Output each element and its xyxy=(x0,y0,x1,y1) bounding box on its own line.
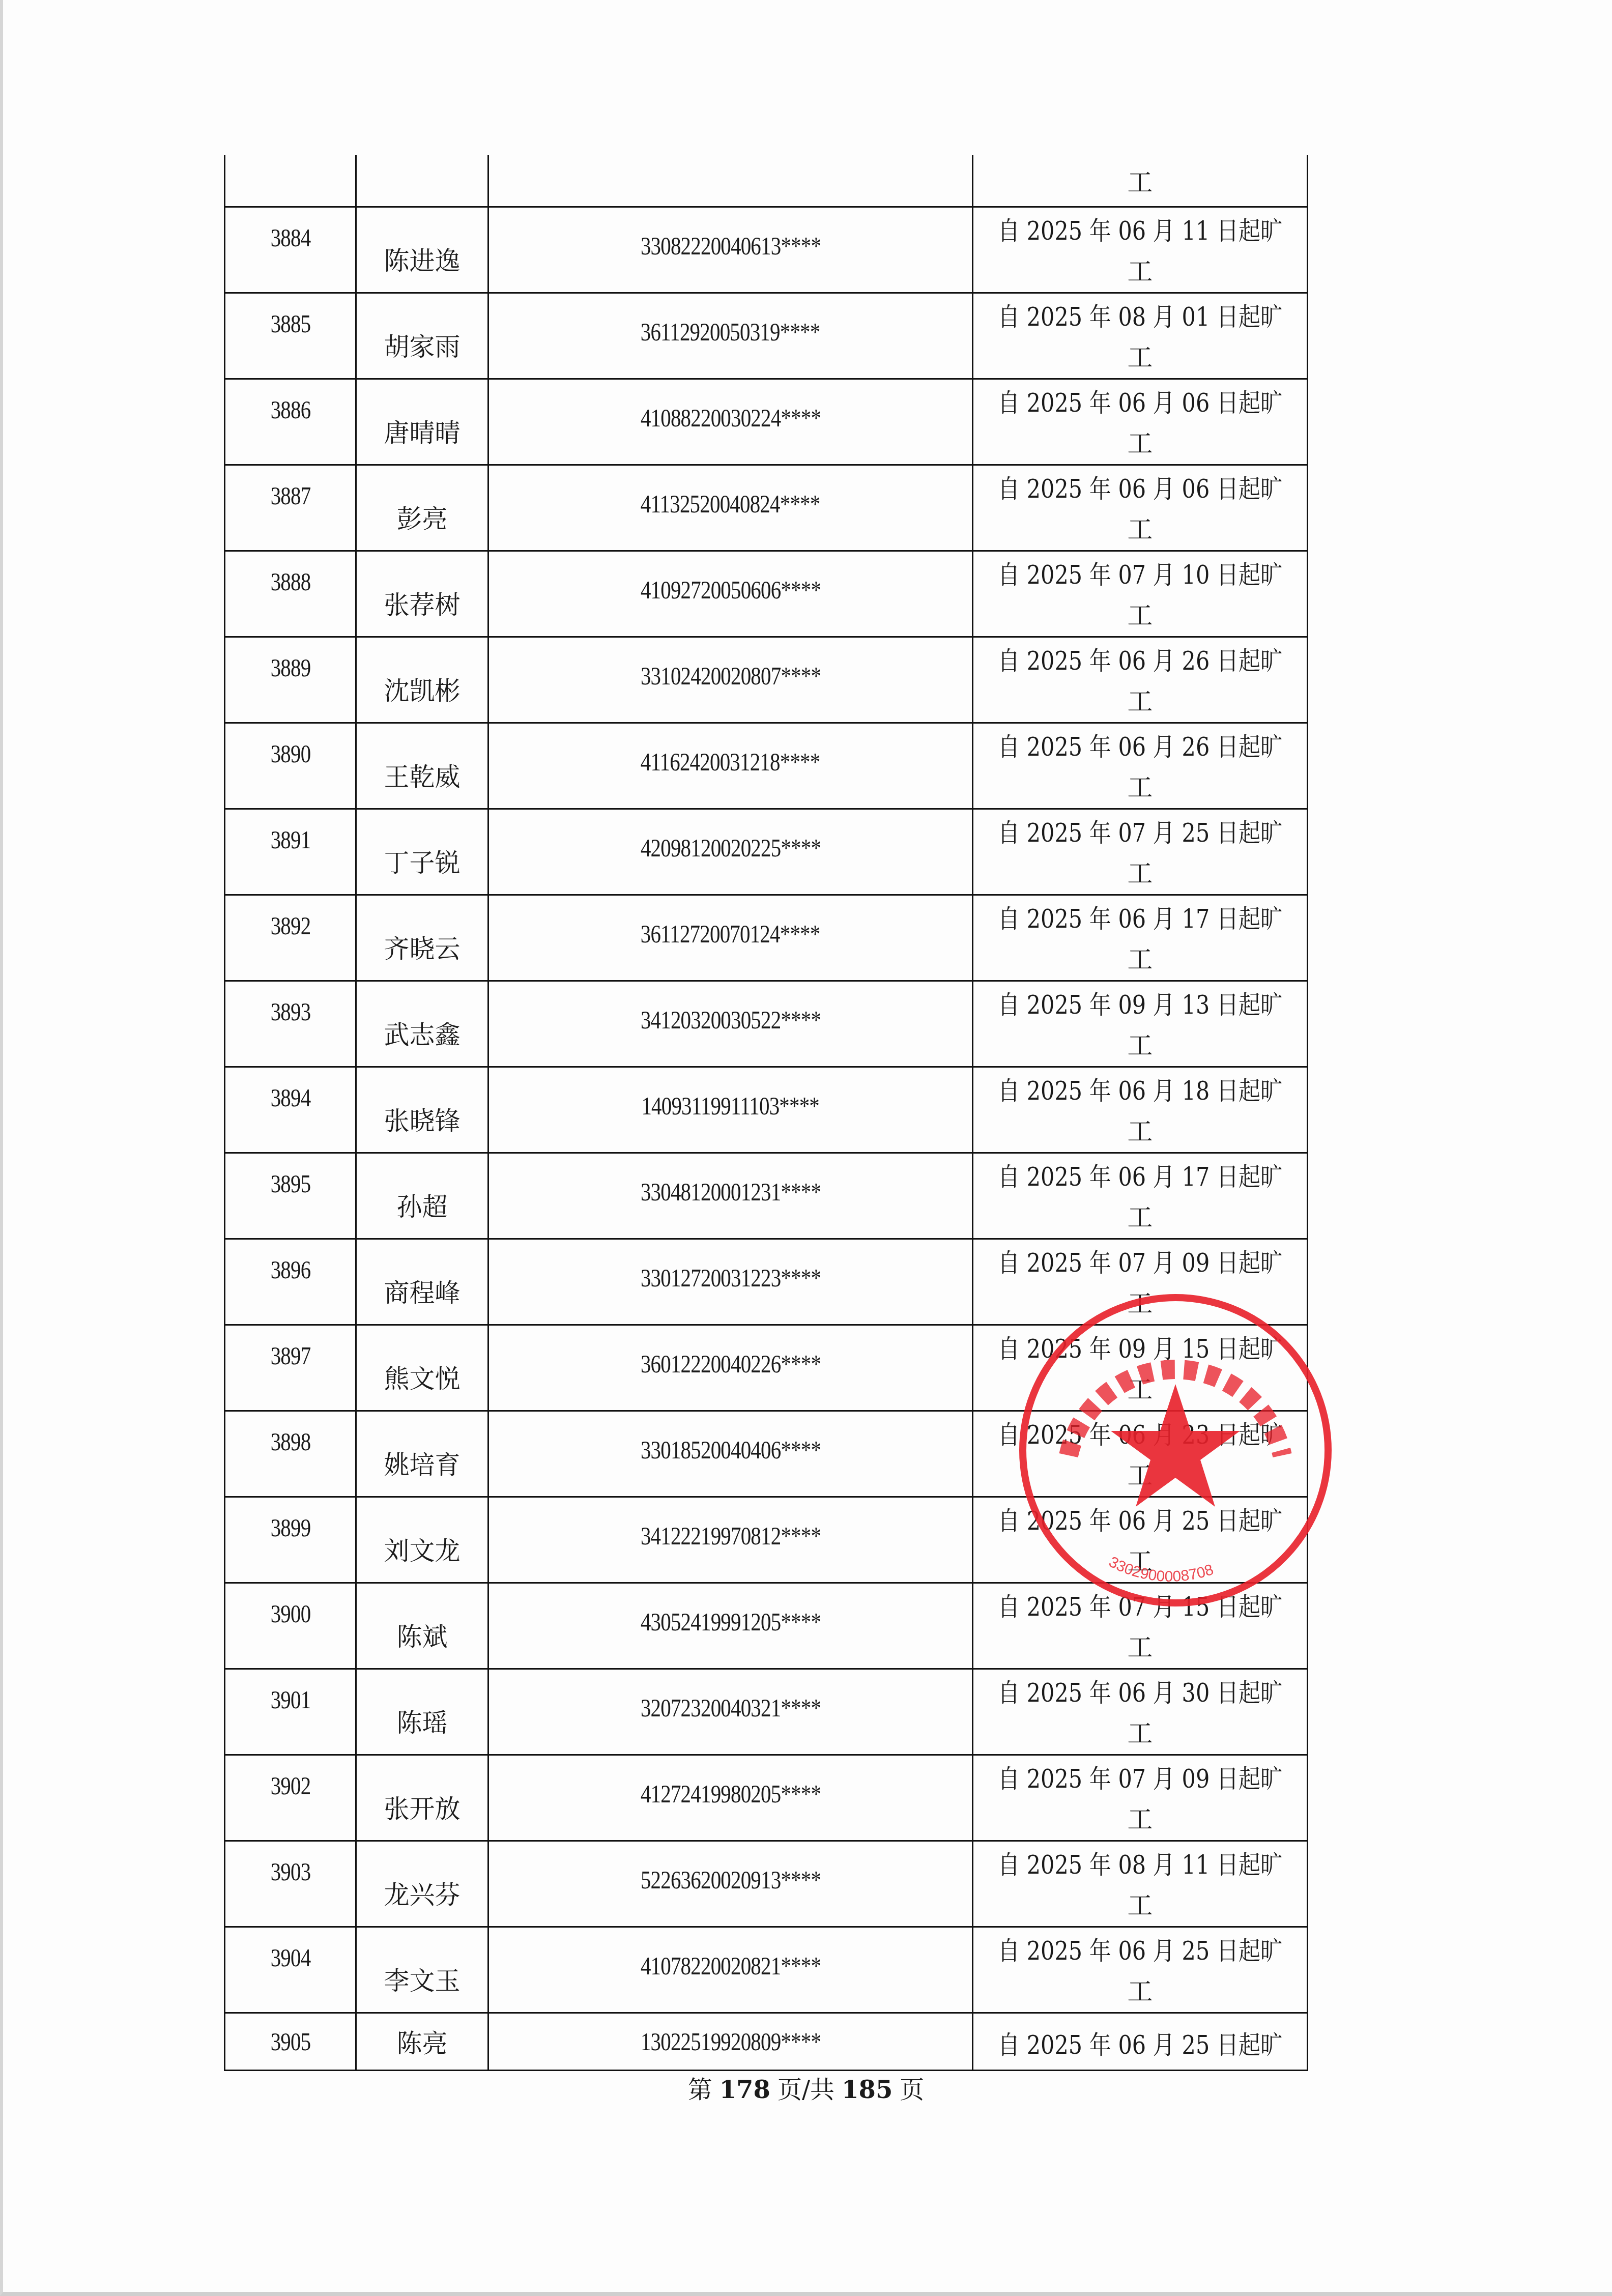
table-row: 3890 王乾威 41162420031218**** 自 2025 年 06 … xyxy=(225,723,1308,809)
cell-name: 熊文悦 xyxy=(356,1325,488,1411)
cell-no: 3904 xyxy=(225,1927,356,2013)
table-row: 3902 张开放 41272419980205**** 自 2025 年 07 … xyxy=(225,1755,1308,1841)
cell-status: 自 2025 年 06 月 23 日起旷 工 xyxy=(973,1411,1308,1497)
cell-name: 沈凯彬 xyxy=(356,637,488,723)
id-number: 33048120001231**** xyxy=(640,1177,820,1207)
row-number: 3898 xyxy=(270,1427,310,1456)
status-line-1: 自 2025 年 07 月 15 日起旷 xyxy=(997,1587,1283,1623)
status-line-1: 自 2025 年 06 月 23 日起旷 xyxy=(997,1415,1283,1451)
person-name: 齐晓云 xyxy=(384,929,460,965)
status-line-2: 工 xyxy=(973,595,1307,632)
table-row: 3898 姚培育 33018520040406**** 自 2025 年 06 … xyxy=(225,1411,1308,1497)
row-number: 3893 xyxy=(270,997,310,1026)
row-number: 3902 xyxy=(270,1771,310,1800)
status-line-2: 工 xyxy=(973,853,1307,890)
status-line-2: 工 xyxy=(973,1971,1307,2008)
cell-name xyxy=(356,155,488,207)
table-row: 3900 陈斌 43052419991205**** 自 2025 年 07 月… xyxy=(225,1583,1308,1669)
cell-name: 姚培育 xyxy=(356,1411,488,1497)
row-number: 3899 xyxy=(270,1513,310,1542)
row-number: 3894 xyxy=(270,1083,310,1112)
row-number: 3886 xyxy=(270,395,310,424)
id-number: 36112920050319**** xyxy=(641,317,820,347)
status-line-2: 工 xyxy=(973,1885,1307,1922)
person-name: 陈瑶 xyxy=(397,1703,448,1739)
cell-no: 3894 xyxy=(225,1067,356,1153)
status-line-1: 自 2025 年 07 月 09 日起旷 xyxy=(997,1243,1283,1279)
cell-name: 武志鑫 xyxy=(356,981,488,1067)
person-name: 陈斌 xyxy=(397,1617,448,1653)
cell-name: 彭亮 xyxy=(356,465,488,551)
person-name: 熊文悦 xyxy=(384,1359,460,1395)
continuation-row: 工 xyxy=(225,155,1308,207)
id-number: 52263620020913**** xyxy=(640,1865,820,1895)
status-line-1: 自 2025 年 06 月 06 日起旷 xyxy=(997,383,1283,419)
cell-name: 陈亮 xyxy=(356,2013,488,2071)
cell-name: 唐晴晴 xyxy=(356,379,488,465)
status-line-1: 自 2025 年 07 月 09 日起旷 xyxy=(997,1759,1283,1795)
status-line-2: 工 xyxy=(973,1025,1307,1062)
row-number: 3905 xyxy=(270,2027,310,2056)
status-line-1: 自 2025 年 06 月 11 日起旷 xyxy=(997,211,1283,247)
cell-name: 丁子锐 xyxy=(356,809,488,895)
row-number: 3890 xyxy=(270,739,310,768)
status-line-2: 工 xyxy=(973,337,1307,374)
status-line-1: 自 2025 年 06 月 06 日起旷 xyxy=(997,469,1283,505)
cell-status: 自 2025 年 06 月 25 日起旷 工 xyxy=(973,1927,1308,2013)
person-name: 陈进逸 xyxy=(384,241,460,277)
status-line-2: 工 xyxy=(973,1713,1307,1750)
cell-status: 自 2025 年 06 月 06 日起旷 工 xyxy=(973,379,1308,465)
cell-id: 34122219970812**** xyxy=(488,1497,973,1583)
cell-status: 自 2025 年 06 月 11 日起旷 工 xyxy=(973,207,1308,293)
total-pages: 185 xyxy=(842,2076,893,2104)
row-number: 3884 xyxy=(270,223,310,252)
cell-status: 自 2025 年 06 月 17 日起旷 工 xyxy=(973,895,1308,981)
page-footer: 第178页/共185页 xyxy=(0,2070,1612,2105)
row-number: 3900 xyxy=(270,1599,310,1628)
id-number: 36112720070124**** xyxy=(641,919,820,949)
cell-no: 3901 xyxy=(225,1669,356,1755)
row-number: 3887 xyxy=(270,481,310,510)
cell-no: 3891 xyxy=(225,809,356,895)
cell-id: 41132520040824**** xyxy=(488,465,973,551)
footer-middle: 页/共 xyxy=(778,2076,834,2104)
cell-name: 陈进逸 xyxy=(356,207,488,293)
cell-id: 14093119911103**** xyxy=(488,1067,973,1153)
cell-status: 自 2025 年 08 月 01 日起旷 工 xyxy=(973,293,1308,379)
cell-name: 张开放 xyxy=(356,1755,488,1841)
cell-status: 自 2025 年 07 月 25 日起旷 工 xyxy=(973,809,1308,895)
table-row: 3904 李文玉 41078220020821**** 自 2025 年 06 … xyxy=(225,1927,1308,2013)
cell-no: 3905 xyxy=(225,2013,356,2071)
person-name: 丁子锐 xyxy=(384,843,460,879)
cell-id: 41078220020821**** xyxy=(488,1927,973,2013)
row-number: 3903 xyxy=(270,1857,310,1886)
table-row: 3884 陈进逸 33082220040613**** 自 2025 年 06 … xyxy=(225,207,1308,293)
table-row: 3893 武志鑫 34120320030522**** 自 2025 年 09 … xyxy=(225,981,1308,1067)
table-row: 3905 陈亮 13022519920809**** 自 2025 年 06 月… xyxy=(225,2013,1308,2071)
person-name: 姚培育 xyxy=(384,1445,460,1481)
status-line-2: 工 xyxy=(973,1369,1307,1406)
status-line-1: 自 2025 年 06 月 25 日起旷 xyxy=(997,1501,1283,1537)
cell-no: 3898 xyxy=(225,1411,356,1497)
cell-id: 36012220040226**** xyxy=(488,1325,973,1411)
cell-name: 孙超 xyxy=(356,1153,488,1239)
status-line-1: 自 2025 年 07 月 25 日起旷 xyxy=(997,813,1283,849)
table-row: 3886 唐晴晴 41088220030224**** 自 2025 年 06 … xyxy=(225,379,1308,465)
person-name: 王乾威 xyxy=(384,757,460,793)
cell-name: 陈瑶 xyxy=(356,1669,488,1755)
status-line-2: 工 xyxy=(973,1283,1307,1320)
cell-no: 3885 xyxy=(225,293,356,379)
status-line-2: 工 xyxy=(973,251,1307,288)
id-number: 42098120020225**** xyxy=(640,833,820,863)
table-row: 3889 沈凯彬 33102420020807**** 自 2025 年 06 … xyxy=(225,637,1308,723)
cell-no xyxy=(225,155,356,207)
status-line-2: 工 xyxy=(973,681,1307,718)
cell-no: 3884 xyxy=(225,207,356,293)
roster-table: 工 3884 陈进逸 33082220040613**** 自 2025 年 0… xyxy=(224,155,1308,2071)
id-number: 13022519920809**** xyxy=(640,2027,820,2056)
cell-id: 33048120001231**** xyxy=(488,1153,973,1239)
cell-no: 3887 xyxy=(225,465,356,551)
cell-no: 3893 xyxy=(225,981,356,1067)
status-line-2: 工 xyxy=(973,1111,1307,1148)
cell-id: 52263620020913**** xyxy=(488,1841,973,1927)
row-number: 3896 xyxy=(270,1255,310,1284)
cell-status: 自 2025 年 09 月 13 日起旷 工 xyxy=(973,981,1308,1067)
id-number: 34122219970812**** xyxy=(640,1521,820,1551)
cell-status: 自 2025 年 06 月 25 日起旷 工 xyxy=(973,1497,1308,1583)
id-number: 36012220040226**** xyxy=(640,1349,820,1379)
cell-no: 3903 xyxy=(225,1841,356,1927)
status-line-2: 工 xyxy=(973,423,1307,460)
cell-id: 33012720031223**** xyxy=(488,1239,973,1325)
status-line-1: 自 2025 年 06 月 17 日起旷 xyxy=(997,1157,1283,1193)
table-row: 3894 张晓锋 14093119911103**** 自 2025 年 06 … xyxy=(225,1067,1308,1153)
id-number: 43052419991205**** xyxy=(640,1607,820,1637)
cell-id: 33102420020807**** xyxy=(488,637,973,723)
person-name: 张荐树 xyxy=(384,585,460,621)
cell-no: 3902 xyxy=(225,1755,356,1841)
row-number: 3889 xyxy=(270,653,310,682)
table-row: 3895 孙超 33048120001231**** 自 2025 年 06 月… xyxy=(225,1153,1308,1239)
person-name: 武志鑫 xyxy=(384,1015,460,1051)
id-number: 14093119911103**** xyxy=(642,1091,820,1121)
cell-no: 3896 xyxy=(225,1239,356,1325)
person-name: 刘文龙 xyxy=(384,1531,460,1567)
status-line-2: 工 xyxy=(973,1541,1307,1578)
id-number: 41088220030224**** xyxy=(640,403,820,433)
cell-status: 自 2025 年 06 月 26 日起旷 工 xyxy=(973,637,1308,723)
table-row: 3888 张荐树 41092720050606**** 自 2025 年 07 … xyxy=(225,551,1308,637)
status-line-1: 自 2025 年 06 月 25 日起旷 xyxy=(997,1931,1283,1967)
person-name: 李文玉 xyxy=(384,1961,460,1997)
cell-name: 陈斌 xyxy=(356,1583,488,1669)
table-row: 3901 陈瑶 32072320040321**** 自 2025 年 06 月… xyxy=(225,1669,1308,1755)
cell-status: 自 2025 年 07 月 09 日起旷 工 xyxy=(973,1239,1308,1325)
cell-name: 龙兴芬 xyxy=(356,1841,488,1927)
status-line-2: 工 xyxy=(973,1455,1307,1492)
table-row: 3891 丁子锐 42098120020225**** 自 2025 年 07 … xyxy=(225,809,1308,895)
status-line-1: 自 2025 年 09 月 13 日起旷 xyxy=(997,985,1283,1021)
cell-status: 自 2025 年 06 月 30 日起旷 工 xyxy=(973,1669,1308,1755)
id-number: 41162420031218**** xyxy=(641,747,820,777)
cell-name: 李文玉 xyxy=(356,1927,488,2013)
id-number: 41078220020821**** xyxy=(640,1951,820,1981)
row-number: 3897 xyxy=(270,1341,310,1370)
cell-id: 42098120020225**** xyxy=(488,809,973,895)
cell-id: 41162420031218**** xyxy=(488,723,973,809)
cell-name: 张荐树 xyxy=(356,551,488,637)
cell-name: 刘文龙 xyxy=(356,1497,488,1583)
table-row: 3903 龙兴芬 52263620020913**** 自 2025 年 08 … xyxy=(225,1841,1308,1927)
cell-no: 3892 xyxy=(225,895,356,981)
person-name: 沈凯彬 xyxy=(384,671,460,707)
cell-status: 自 2025 年 07 月 15 日起旷 工 xyxy=(973,1583,1308,1669)
cell-no: 3899 xyxy=(225,1497,356,1583)
status-line-2: 工 xyxy=(973,1799,1307,1836)
cell-status: 自 2025 年 06 月 06 日起旷 工 xyxy=(973,465,1308,551)
current-page: 178 xyxy=(719,2076,770,2104)
person-name: 彭亮 xyxy=(397,499,448,535)
person-name: 龙兴芬 xyxy=(384,1875,460,1911)
id-number: 41092720050606**** xyxy=(640,575,820,605)
cell-id: 32072320040321**** xyxy=(488,1669,973,1755)
cell-name: 王乾威 xyxy=(356,723,488,809)
status-line-1: 自 2025 年 07 月 10 日起旷 xyxy=(997,555,1283,591)
status-tail: 工 xyxy=(973,162,1307,199)
status-line-1: 自 2025 年 06 月 17 日起旷 xyxy=(997,899,1283,935)
status-line-1: 自 2025 年 06 月 30 日起旷 xyxy=(997,1673,1283,1709)
cell-id: 36112920050319**** xyxy=(488,293,973,379)
id-number: 33018520040406**** xyxy=(640,1435,820,1465)
cell-name: 张晓锋 xyxy=(356,1067,488,1153)
row-number: 3888 xyxy=(270,567,310,596)
cell-no: 3895 xyxy=(225,1153,356,1239)
status-line-2: 工 xyxy=(973,939,1307,976)
cell-id xyxy=(488,155,973,207)
status-line-2: 工 xyxy=(973,509,1307,546)
cell-name: 商程峰 xyxy=(356,1239,488,1325)
cell-name: 胡家雨 xyxy=(356,293,488,379)
cell-id: 41272419980205**** xyxy=(488,1755,973,1841)
id-number: 33102420020807**** xyxy=(640,661,820,691)
cell-no: 3897 xyxy=(225,1325,356,1411)
table-row: 3887 彭亮 41132520040824**** 自 2025 年 06 月… xyxy=(225,465,1308,551)
table-row: 3892 齐晓云 36112720070124**** 自 2025 年 06 … xyxy=(225,895,1308,981)
row-number: 3891 xyxy=(270,825,310,854)
row-number: 3895 xyxy=(270,1169,310,1198)
cell-id: 33018520040406**** xyxy=(488,1411,973,1497)
cell-status: 自 2025 年 06 月 17 日起旷 工 xyxy=(973,1153,1308,1239)
row-number: 3901 xyxy=(270,1685,310,1714)
person-name: 胡家雨 xyxy=(384,327,460,363)
status-line-1: 自 2025 年 08 月 01 日起旷 xyxy=(997,297,1283,333)
id-number: 33082220040613**** xyxy=(640,231,820,261)
cell-status: 自 2025 年 06 月 26 日起旷 工 xyxy=(973,723,1308,809)
status-line-1: 自 2025 年 06 月 26 日起旷 xyxy=(997,727,1283,763)
person-name: 商程峰 xyxy=(384,1273,460,1309)
cell-id: 34120320030522**** xyxy=(488,981,973,1067)
id-number: 41272419980205**** xyxy=(640,1779,820,1809)
cell-id: 41088220030224**** xyxy=(488,379,973,465)
cell-no: 3886 xyxy=(225,379,356,465)
cell-id: 33082220040613**** xyxy=(488,207,973,293)
status-line-2: 工 xyxy=(973,1197,1307,1234)
cell-status: 自 2025 年 08 月 11 日起旷 工 xyxy=(973,1841,1308,1927)
table-row: 3885 胡家雨 36112920050319**** 自 2025 年 08 … xyxy=(225,293,1308,379)
cell-status: 自 2025 年 06 月 18 日起旷 工 xyxy=(973,1067,1308,1153)
id-number: 41132520040824**** xyxy=(641,489,820,519)
person-name: 张晓锋 xyxy=(384,1101,460,1137)
cell-status: 自 2025 年 09 月 15 日起旷 工 xyxy=(973,1325,1308,1411)
table-row: 3899 刘文龙 34122219970812**** 自 2025 年 06 … xyxy=(225,1497,1308,1583)
cell-status: 自 2025 年 06 月 25 日起旷 xyxy=(973,2013,1308,2071)
cell-status: 自 2025 年 07 月 10 日起旷 工 xyxy=(973,551,1308,637)
person-name: 唐晴晴 xyxy=(384,413,460,449)
cell-status: 工 xyxy=(973,155,1308,207)
status-line-2: 工 xyxy=(973,1627,1307,1664)
cell-status: 自 2025 年 07 月 09 日起旷 工 xyxy=(973,1755,1308,1841)
person-name: 陈亮 xyxy=(397,2023,448,2060)
cell-id: 41092720050606**** xyxy=(488,551,973,637)
id-number: 34120320030522**** xyxy=(640,1005,820,1035)
person-name: 张开放 xyxy=(384,1789,460,1825)
status-line-1: 自 2025 年 09 月 15 日起旷 xyxy=(997,1329,1283,1365)
table-row: 3897 熊文悦 36012220040226**** 自 2025 年 09 … xyxy=(225,1325,1308,1411)
table-row: 3896 商程峰 33012720031223**** 自 2025 年 07 … xyxy=(225,1239,1308,1325)
footer-suffix: 页 xyxy=(900,2076,924,2104)
row-number: 3892 xyxy=(270,911,310,940)
cell-name: 齐晓云 xyxy=(356,895,488,981)
row-number: 3904 xyxy=(270,1943,310,1972)
cell-no: 3900 xyxy=(225,1583,356,1669)
person-name: 孙超 xyxy=(397,1187,448,1223)
cell-no: 3888 xyxy=(225,551,356,637)
cell-id: 43052419991205**** xyxy=(488,1583,973,1669)
cell-id: 36112720070124**** xyxy=(488,895,973,981)
footer-prefix: 第 xyxy=(688,2076,712,2104)
cell-id: 13022519920809**** xyxy=(488,2013,973,2071)
cell-no: 3889 xyxy=(225,637,356,723)
cell-no: 3890 xyxy=(225,723,356,809)
status-line-1: 自 2025 年 06 月 25 日起旷 xyxy=(997,2025,1283,2061)
status-line-1: 自 2025 年 06 月 18 日起旷 xyxy=(997,1071,1283,1107)
id-number: 32072320040321**** xyxy=(640,1693,820,1723)
status-line-1: 自 2025 年 06 月 26 日起旷 xyxy=(997,641,1283,677)
id-number: 33012720031223**** xyxy=(640,1263,820,1293)
row-number: 3885 xyxy=(270,309,310,338)
status-line-2: 工 xyxy=(973,767,1307,804)
status-line-1: 自 2025 年 08 月 11 日起旷 xyxy=(997,1845,1283,1881)
